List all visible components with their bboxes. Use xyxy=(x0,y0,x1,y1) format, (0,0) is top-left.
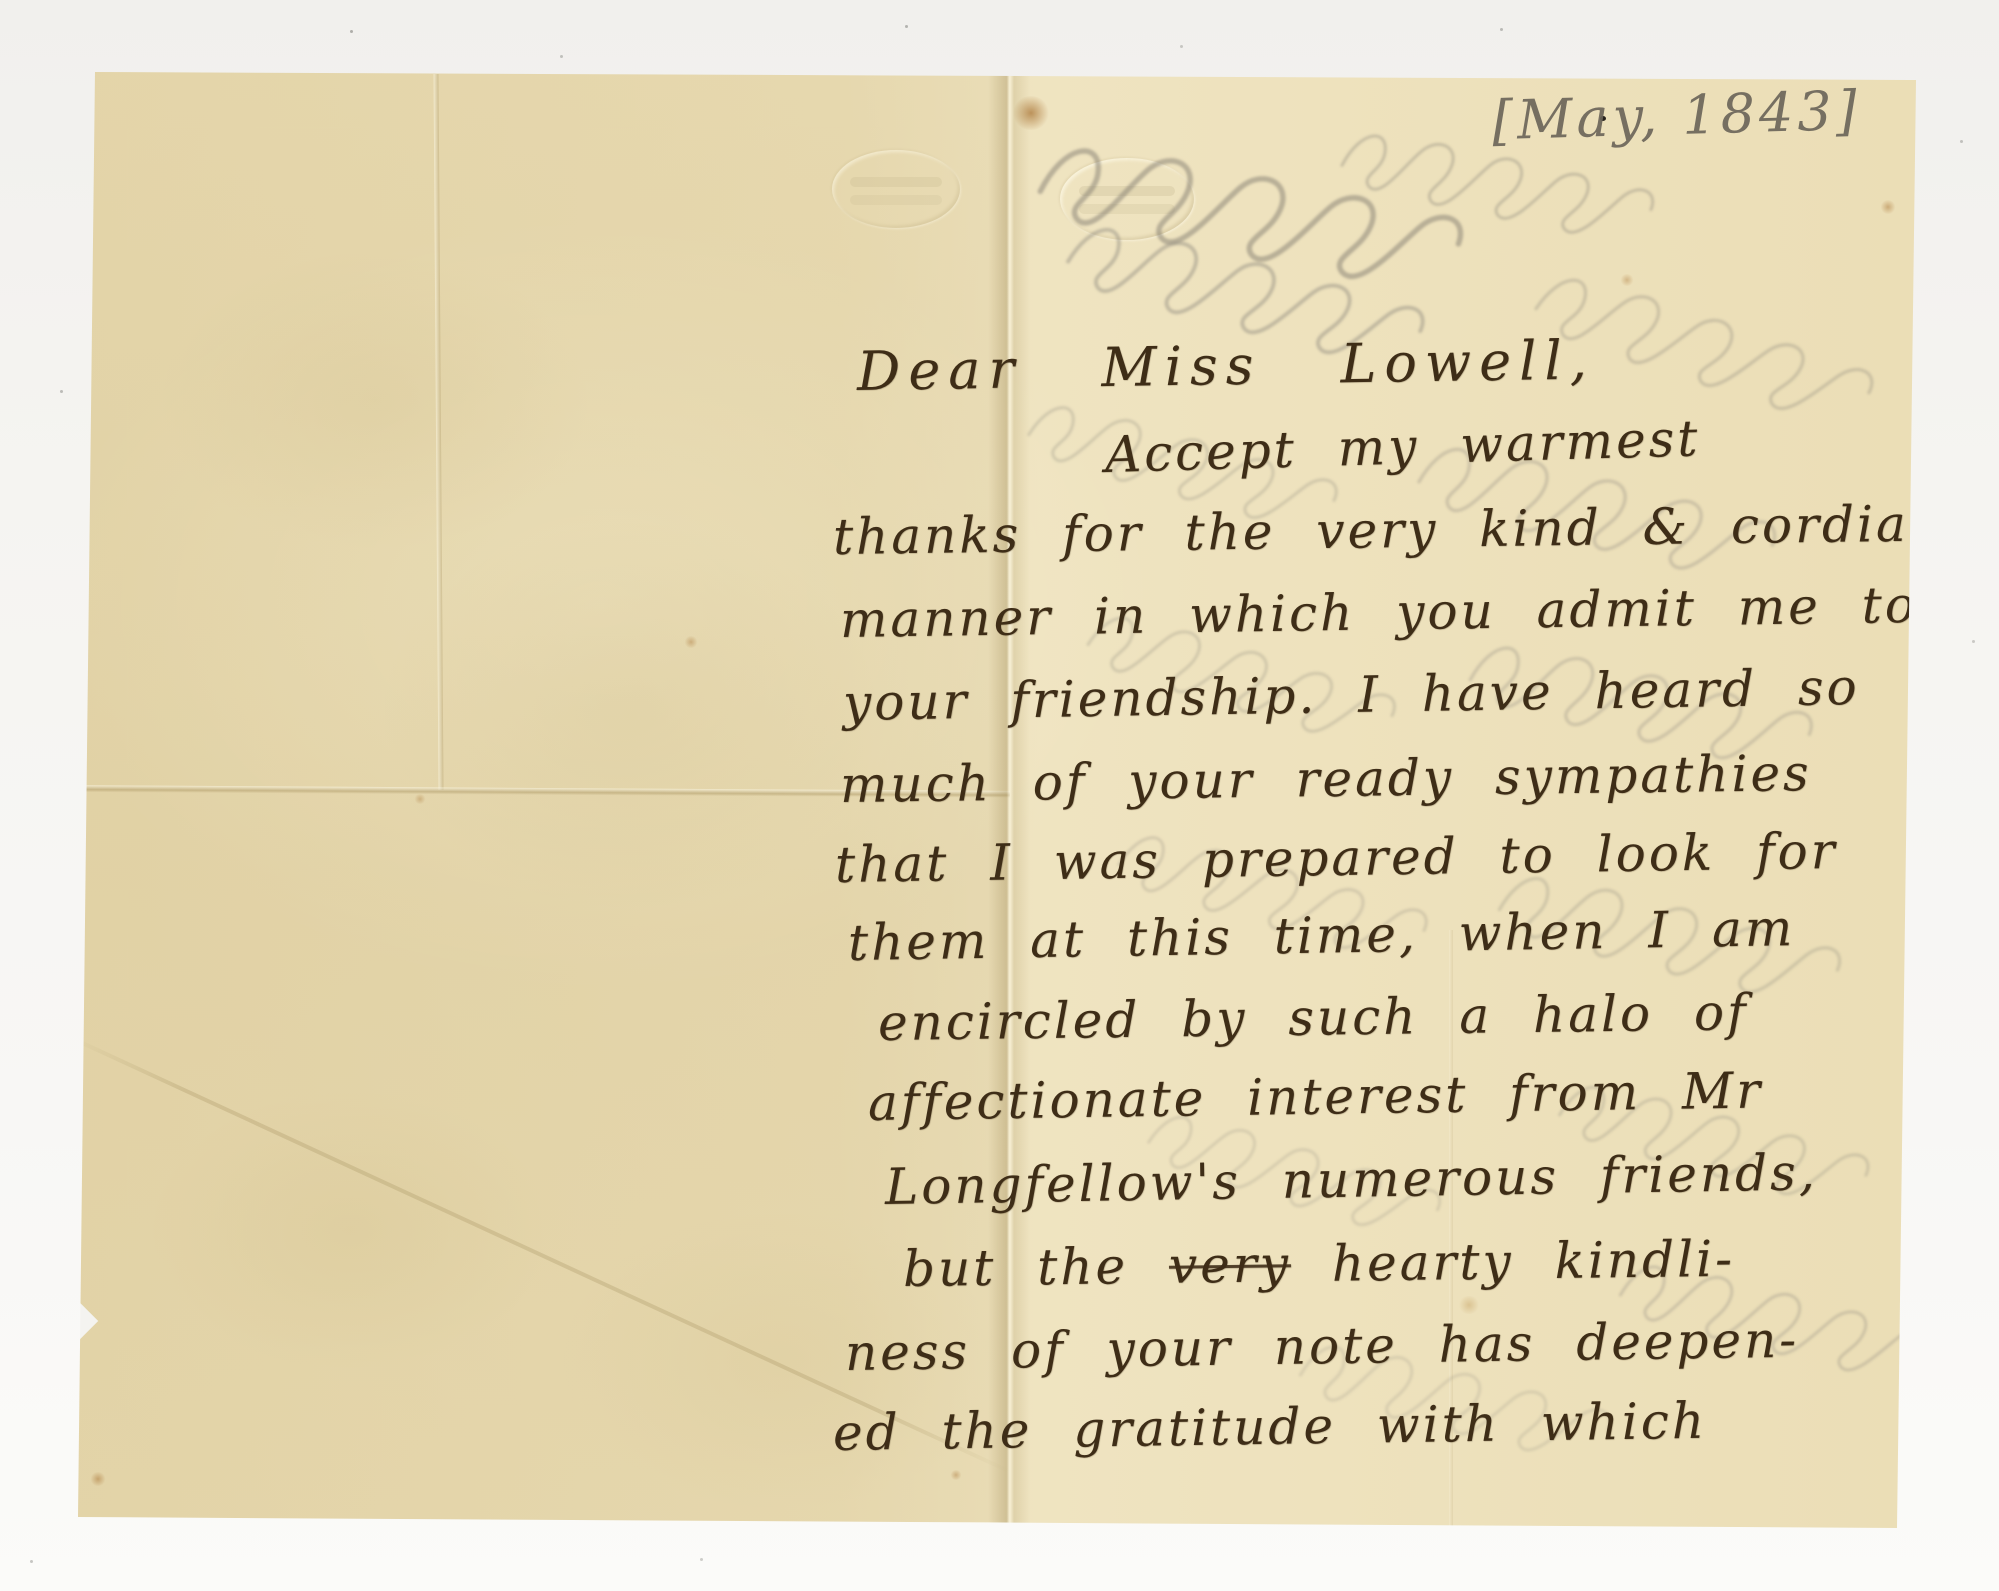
letter-line-9: encircled by such a halo of xyxy=(878,987,1749,1048)
letter-line-6: much of your ready sympathies xyxy=(840,748,1812,810)
letter-line-11: Longfellow's numerous friends, xyxy=(885,1147,1818,1212)
scanner-dust-specks xyxy=(350,30,353,33)
letter-line-12: but the very hearty kindli- xyxy=(903,1234,1736,1294)
scanner-background: [May, 1843] Dear Miss Lowell,Accept my w… xyxy=(0,0,1999,1591)
struck-word: very xyxy=(1169,1235,1292,1294)
letter-line-14: ed the gratitude with which xyxy=(833,1396,1708,1458)
letter-line-7: that I was prepared to look for xyxy=(835,826,1838,890)
letter-line-3: thanks for the very kind & cordial xyxy=(833,499,1928,562)
letter-line-8: them at this time, when I am xyxy=(848,903,1796,968)
letter-line-2: Accept my warmest xyxy=(1104,413,1701,480)
letter-line-4: manner in which you admit me to xyxy=(840,580,1919,645)
letter-line-5: your friendship. I have heard so xyxy=(843,662,1860,728)
letter-line-1: Dear Miss Lowell, xyxy=(857,333,1596,399)
letter-line-10: affectionate interest from Mr xyxy=(868,1066,1764,1128)
letter-body-text: Dear Miss Lowell,Accept my warmestthanks… xyxy=(0,0,1999,1591)
letter-line-13: ness of your note has deepen- xyxy=(845,1315,1800,1378)
letter-sheet: [May, 1843] Dear Miss Lowell,Accept my w… xyxy=(0,0,1999,1591)
